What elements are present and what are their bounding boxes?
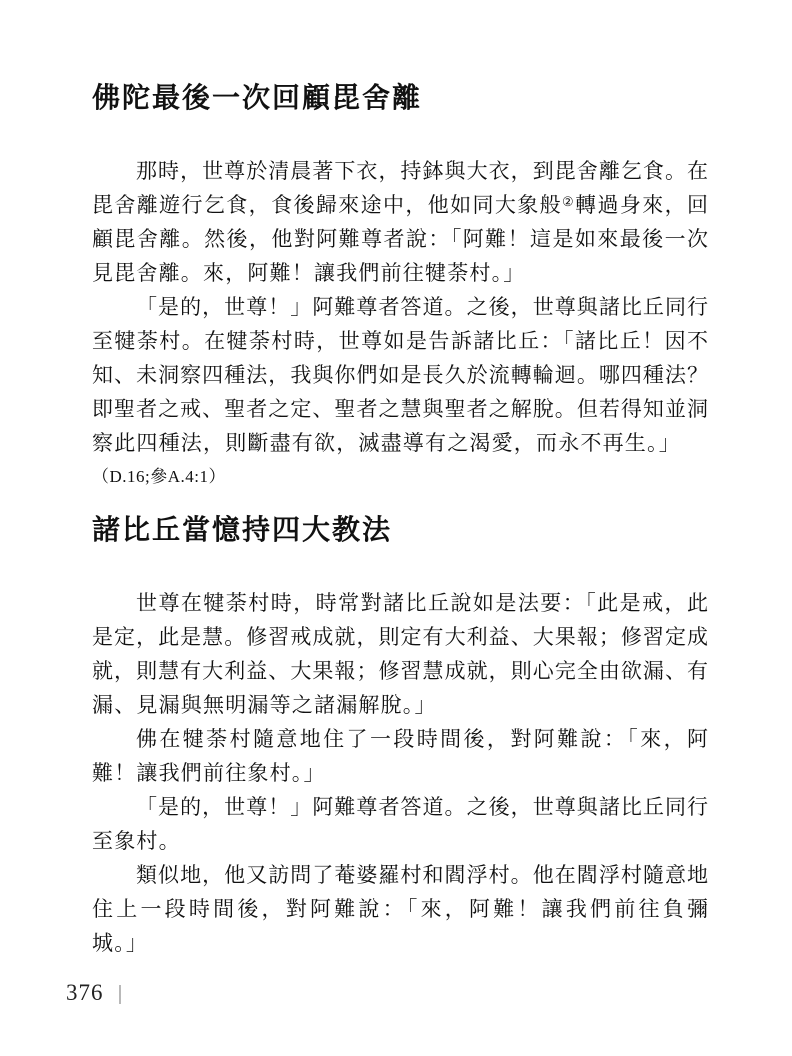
section-heading: 諸比丘當憶持四大教法 — [92, 514, 708, 548]
text-line: 「是的，世尊！」阿難尊者答道。之後，世尊與諸比丘同行 — [92, 290, 708, 324]
text-line: 毘舍離遊行乞食，食後歸來途中，他如同大象般②轉過身來，回 — [92, 188, 708, 222]
text-line: 至象村。 — [92, 824, 708, 858]
text-section: 諸比丘當憶持四大教法世尊在犍荼村時，時常對諸比丘說如是法要：「此是戒，此是定，此… — [92, 514, 708, 960]
section-body: 世尊在犍荼村時，時常對諸比丘說如是法要：「此是戒，此是定，此是慧。修習戒成就，則… — [92, 586, 708, 960]
text-line: 顧毘舍離。然後，他對阿難尊者說：「阿難！這是如來最後一次 — [92, 222, 708, 256]
text-line: 漏、見漏與無明漏等之諸漏解脫。」 — [92, 688, 708, 722]
book-page: 佛陀最後一次回顧毘舍離那時，世尊於清晨著下衣，持鉢與大衣，到毘舍離乞食。在毘舍離… — [0, 0, 792, 1056]
section-heading: 佛陀最後一次回顧毘舍離 — [92, 82, 708, 116]
text-line: 「是的，世尊！」阿難尊者答道。之後，世尊與諸比丘同行 — [92, 790, 708, 824]
citation-line: （D.16;參A.4:1） — [92, 460, 708, 494]
text-line: 城。」 — [92, 926, 708, 960]
section-body: 那時，世尊於清晨著下衣，持鉢與大衣，到毘舍離乞食。在毘舍離遊行乞食，食後歸來途中… — [92, 154, 708, 494]
page-number: 376 — [66, 980, 104, 1006]
text-line: 佛在犍荼村隨意地住了一段時間後，對阿難說：「來，阿 — [92, 722, 708, 756]
text-line: 察此四種法，則斷盡有欲，滅盡導有之渴愛，而永不再生。」 — [92, 426, 708, 460]
text-line: 就，則慧有大利益、大果報；修習慧成就，則心完全由欲漏、有 — [92, 654, 708, 688]
folio-divider-bar — [119, 985, 121, 1004]
text-line: 住上一段時間後，對阿難說：「來，阿難！讓我們前往負彌 — [92, 892, 708, 926]
text-line: 見毘舍離。來，阿難！讓我們前往犍荼村。」 — [92, 256, 708, 290]
page-footer: 376 — [66, 980, 121, 1006]
text-line: 至犍荼村。在犍荼村時，世尊如是告訴諸比丘：「諸比丘！因不 — [92, 324, 708, 358]
text-line: 是定，此是慧。修習戒成就，則定有大利益、大果報；修習定成 — [92, 620, 708, 654]
text-section: 佛陀最後一次回顧毘舍離那時，世尊於清晨著下衣，持鉢與大衣，到毘舍離乞食。在毘舍離… — [92, 82, 708, 494]
text-line: 知、未洞察四種法，我與你們如是長久於流轉輪迴。哪四種法？ — [92, 358, 708, 392]
footnote-ref: ② — [562, 194, 575, 209]
text-line: 即聖者之戒、聖者之定、聖者之慧與聖者之解脫。但若得知並洞 — [92, 392, 708, 426]
text-line: 那時，世尊於清晨著下衣，持鉢與大衣，到毘舍離乞食。在 — [92, 154, 708, 188]
text-line: 類似地，他又訪問了菴婆羅村和閻浮村。他在閻浮村隨意地 — [92, 858, 708, 892]
text-line: 世尊在犍荼村時，時常對諸比丘說如是法要：「此是戒，此 — [92, 586, 708, 620]
text-line: 難！讓我們前往象村。」 — [92, 756, 708, 790]
page-content: 佛陀最後一次回顧毘舍離那時，世尊於清晨著下衣，持鉢與大衣，到毘舍離乞食。在毘舍離… — [92, 82, 708, 960]
